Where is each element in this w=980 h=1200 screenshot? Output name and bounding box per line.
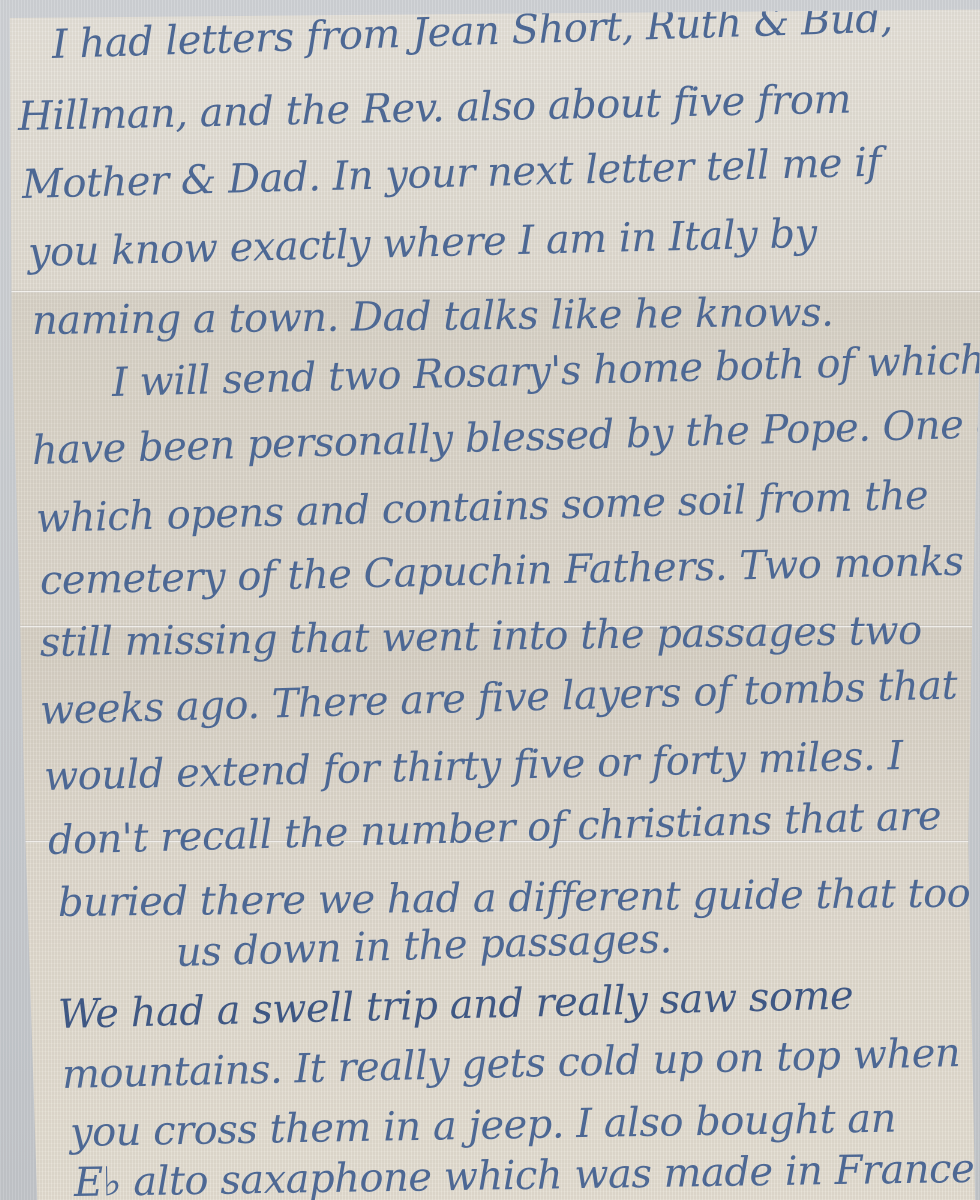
letter-line: cemetery of the Capuchin Fathers. Two mo… xyxy=(40,537,980,604)
letter-line: buried there we had a different guide th… xyxy=(58,870,980,926)
letter-line: which opens and contains some soil from … xyxy=(35,473,928,542)
letter-line: have been personally blessed by the Pope… xyxy=(31,401,980,474)
letter-line: naming a town. Dad talks like he knows. xyxy=(32,290,834,344)
letter-line: you cross them in a jeep. I also bought … xyxy=(70,1096,897,1156)
letter-line: us down in the passages. xyxy=(175,916,672,976)
letter-line: E♭ alto saxaphone which was made in Fran… xyxy=(74,1146,975,1200)
letter-line: Hillman, and the Rev. also about five fr… xyxy=(18,77,852,140)
letter-line: I will send two Rosary's home both of wh… xyxy=(111,337,980,406)
letter-line: weeks ago. There are five layers of tomb… xyxy=(39,662,957,734)
letter-line: still missing that went into the passage… xyxy=(40,608,922,666)
letter-line: don't recall the number of christians th… xyxy=(47,793,941,864)
letter-paper: I had letters from Jean Short, Ruth & Bu… xyxy=(0,0,980,1200)
letter-line: would extend for thirty five or forty mi… xyxy=(43,733,903,800)
letter-line: We had a swell trip and really saw some xyxy=(57,973,853,1038)
letter-line: Mother & Dad. In your next letter tell m… xyxy=(21,140,881,208)
letter-line: mountains. It really gets cold up on top… xyxy=(61,1030,960,1098)
letter-body: I had letters from Jean Short, Ruth & Bu… xyxy=(0,0,980,1200)
letter-line: you know exactly where I am in Italy by xyxy=(27,211,817,276)
